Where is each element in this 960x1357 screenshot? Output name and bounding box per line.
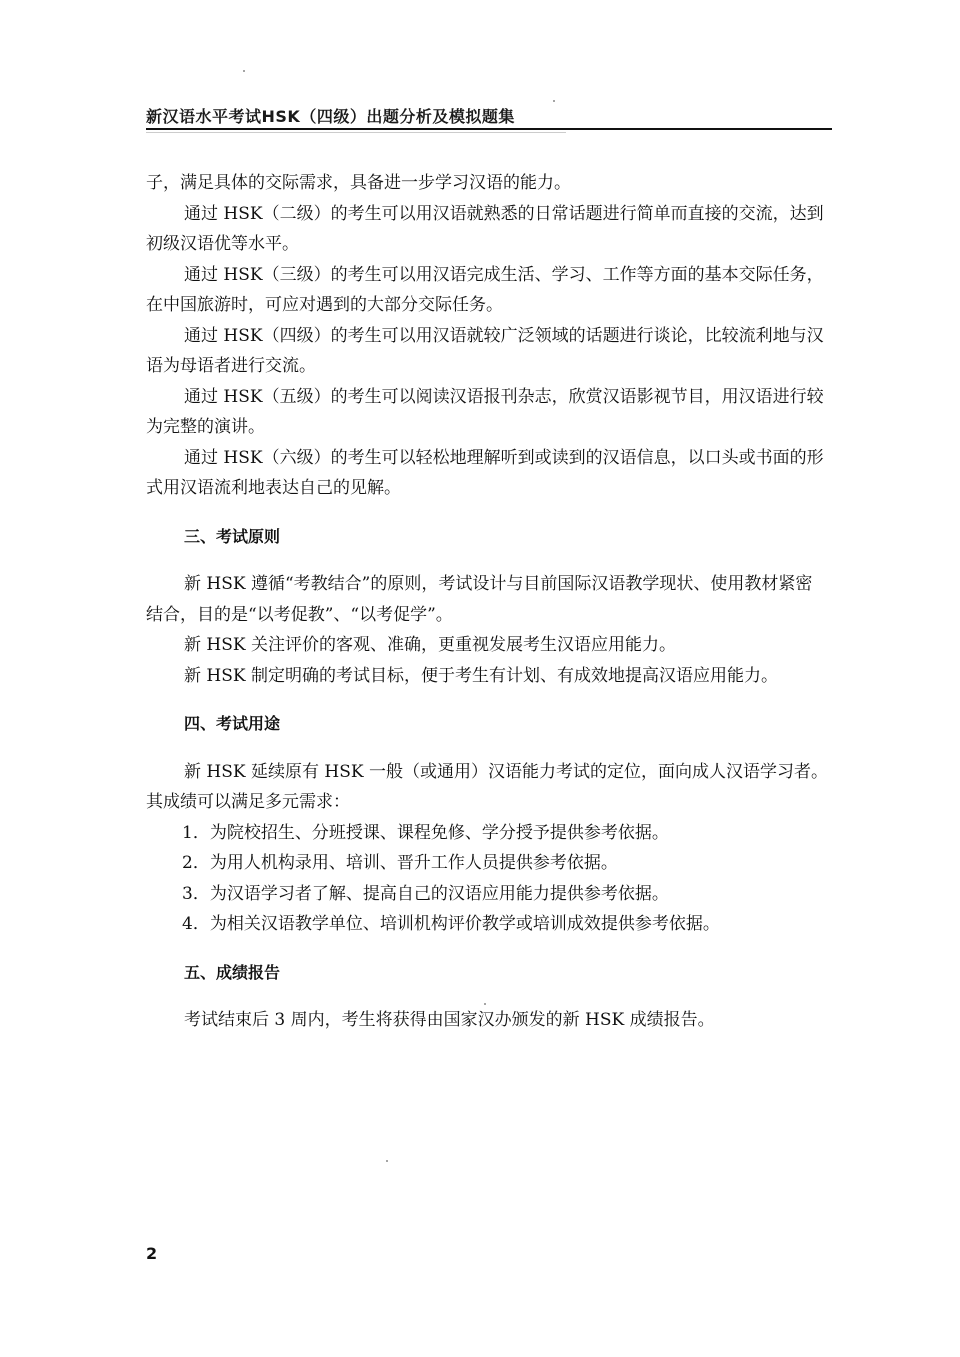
page-number: 2 (146, 1244, 157, 1263)
paragraph-level-2: 通过 HSK（二级）的考生可以用汉语就熟悉的日常话题进行简单而直接的交流，达到初… (146, 199, 828, 260)
section-heading-uses: 四、考试用途 (146, 709, 828, 740)
scan-speck (243, 70, 245, 72)
header-divider (146, 128, 832, 130)
running-header: 新汉语水平考试HSK（四级）出题分析及模拟题集 (146, 104, 832, 127)
book-title: 新汉语水平考试HSK（四级）出题分析及模拟题集 (146, 104, 832, 127)
header-divider-shadow (146, 132, 566, 133)
paragraph: 新 HSK 延续原有 HSK 一般（或通用）汉语能力考试的定位，面向成人汉语学习… (146, 757, 828, 818)
section-heading-principles: 三、考试原则 (146, 522, 828, 553)
scan-speck (386, 1160, 388, 1162)
paragraph: 新 HSK 关注评价的客观、准确，更重视发展考生汉语应用能力。 (146, 630, 828, 661)
list-item: 1．为院校招生、分班授课、课程免修、学分授予提供参考依据。 (146, 818, 828, 849)
paragraph-level-3: 通过 HSK（三级）的考生可以用汉语完成生活、学习、工作等方面的基本交际任务，在… (146, 260, 828, 321)
paragraph-continuation: 子，满足具体的交际需求，具备进一步学习汉语的能力。 (146, 168, 828, 199)
paragraph-level-4: 通过 HSK（四级）的考生可以用汉语就较广泛领域的话题进行谈论，比较流利地与汉语… (146, 321, 828, 382)
list-item: 4．为相关汉语教学单位、培训机构评价教学或培训成效提供参考依据。 (146, 909, 828, 940)
list-item: 3．为汉语学习者了解、提高自己的汉语应用能力提供参考依据。 (146, 879, 828, 910)
paragraph: 新 HSK 遵循“考教结合”的原则，考试设计与目前国际汉语教学现状、使用教材紧密… (146, 569, 828, 630)
paragraph-level-5: 通过 HSK（五级）的考生可以阅读汉语报刊杂志，欣赏汉语影视节目，用汉语进行较为… (146, 382, 828, 443)
scan-speck (484, 1003, 486, 1005)
list-item: 2．为用人机构录用、培训、晋升工作人员提供参考依据。 (146, 848, 828, 879)
paragraph: 考试结束后 3 周内，考生将获得由国家汉办颁发的新 HSK 成绩报告。 (146, 1005, 828, 1036)
section-heading-score-report: 五、成绩报告 (146, 958, 828, 989)
page-body: 子，满足具体的交际需求，具备进一步学习汉语的能力。 通过 HSK（二级）的考生可… (146, 168, 828, 1036)
paragraph-level-6: 通过 HSK（六级）的考生可以轻松地理解听到或读到的汉语信息，以口头或书面的形式… (146, 443, 828, 504)
scan-speck (553, 100, 555, 102)
paragraph: 新 HSK 制定明确的考试目标，便于考生有计划、有成效地提高汉语应用能力。 (146, 661, 828, 692)
